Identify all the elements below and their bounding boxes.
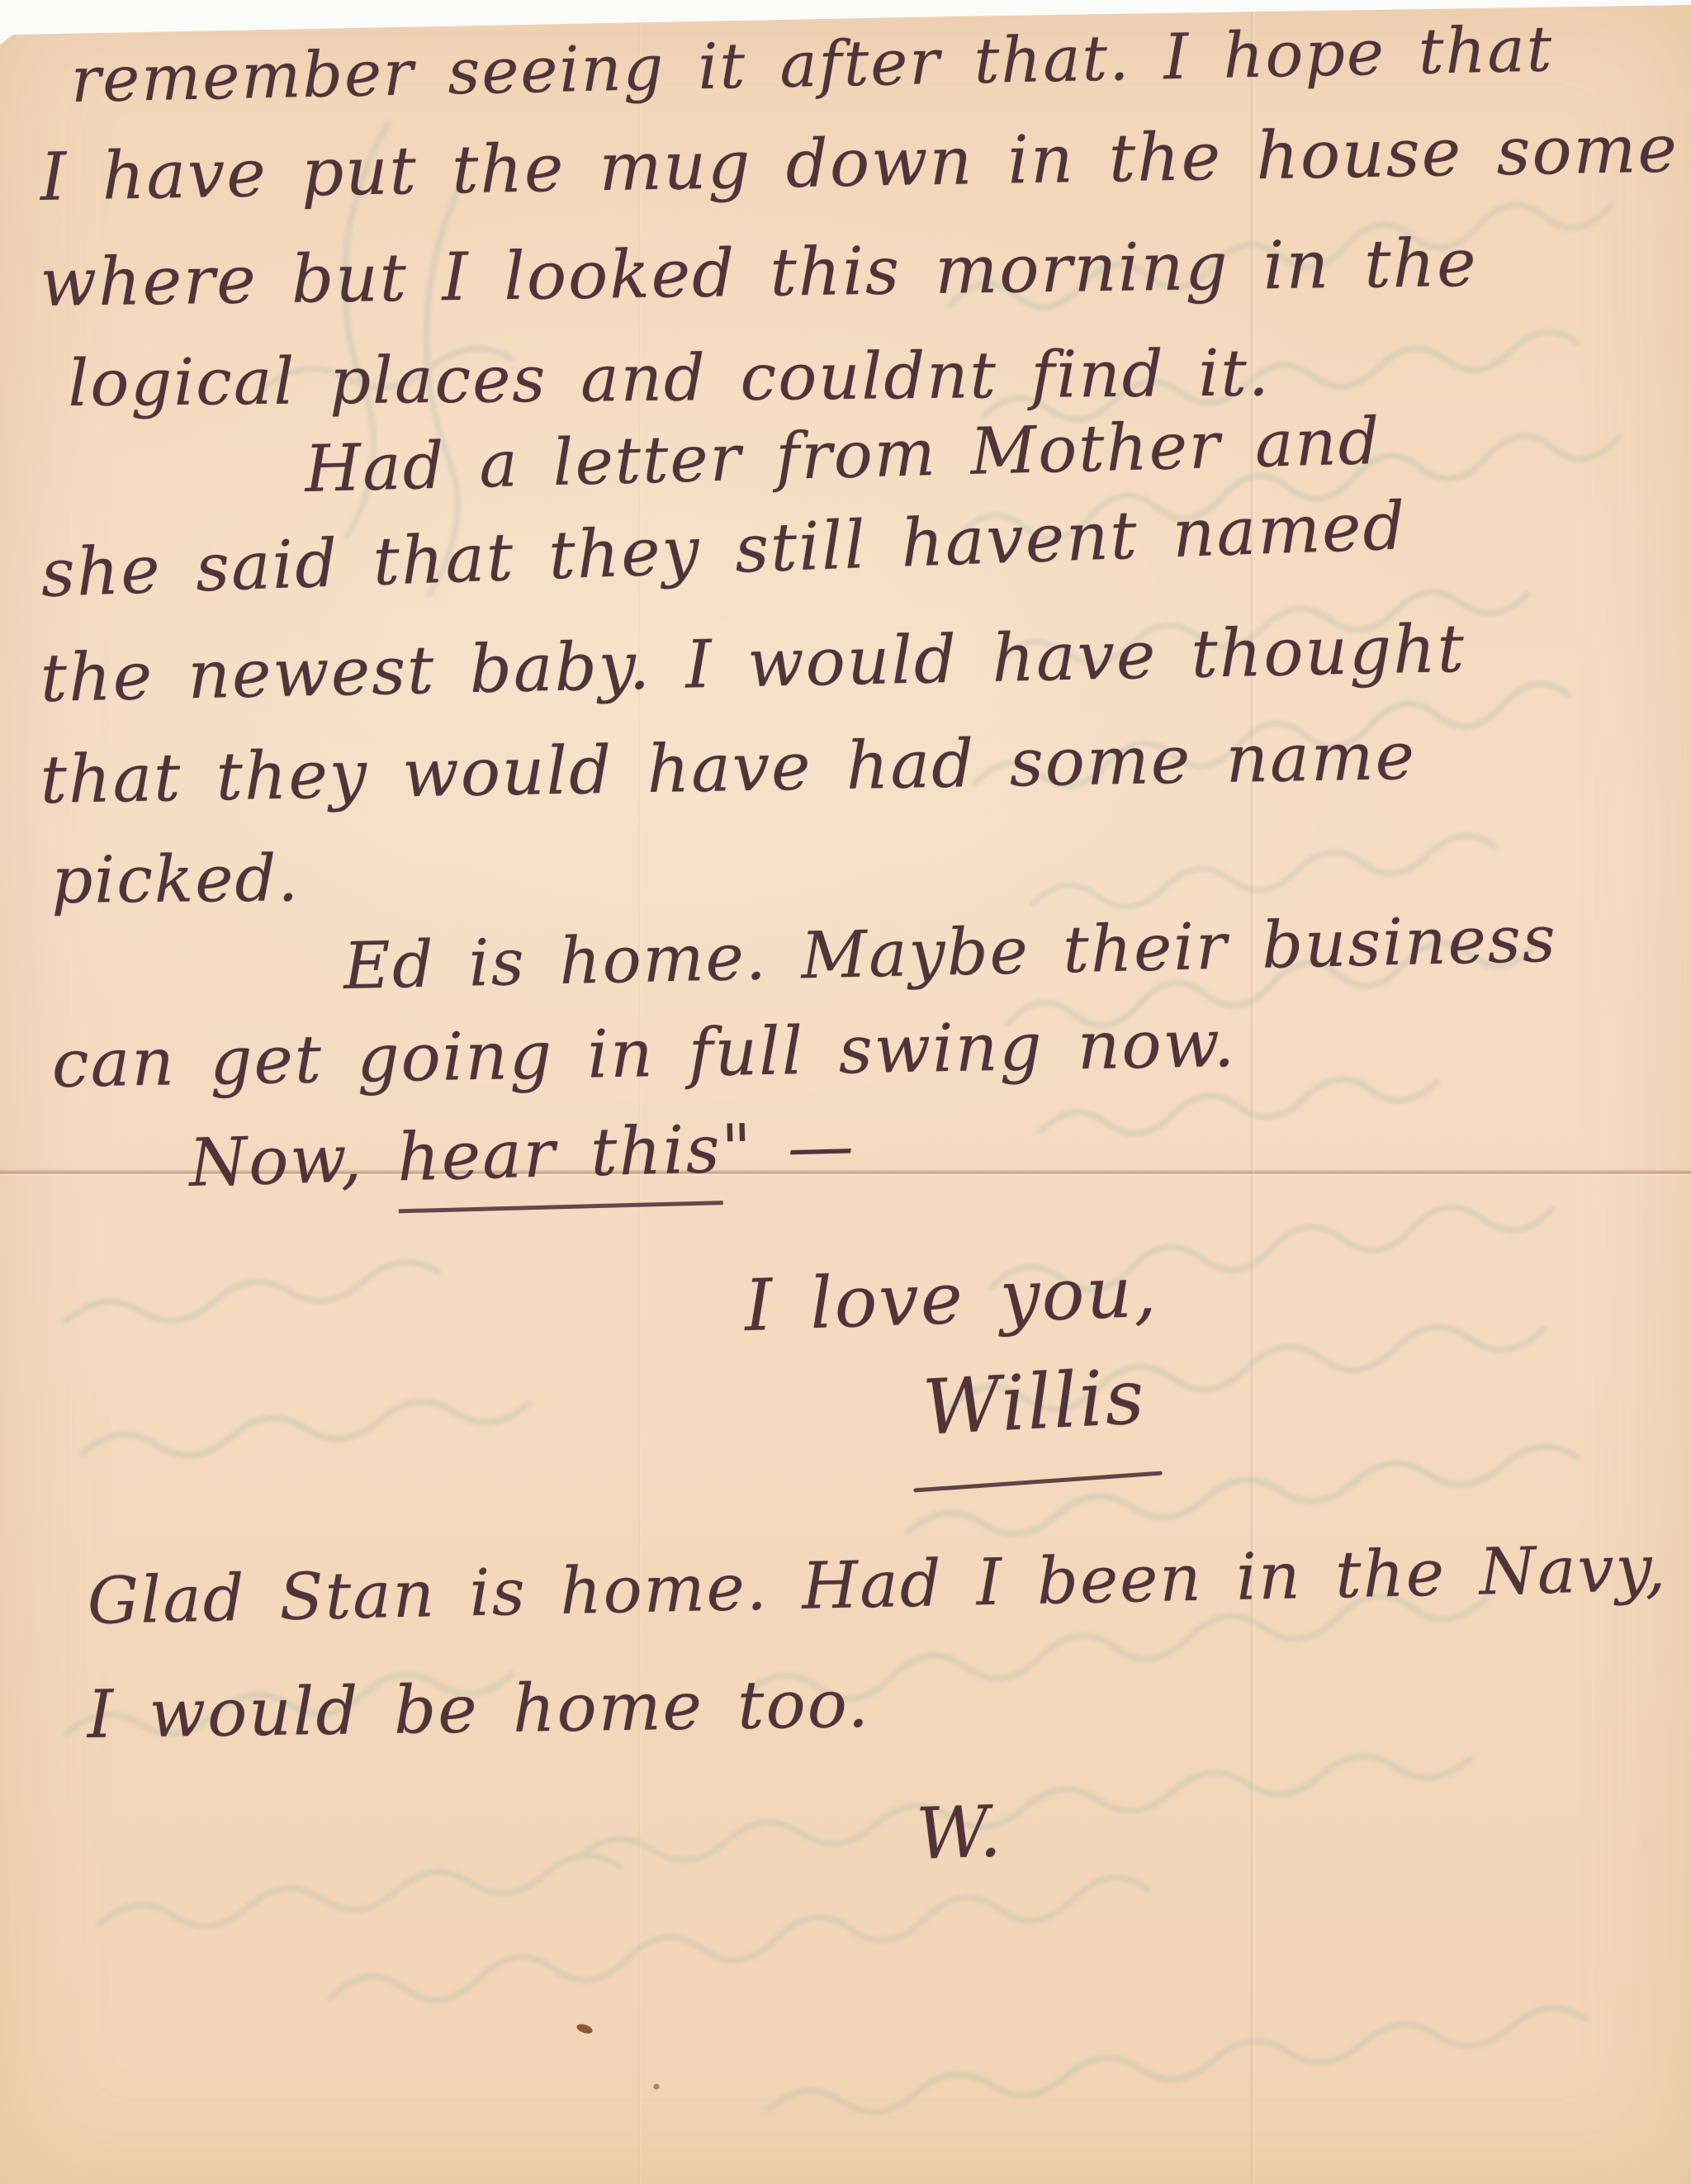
letter-line-7: the newest baby. I would have thought <box>40 610 1466 717</box>
letter-line-1: remember seeing it after that. I hope th… <box>70 12 1554 116</box>
letter-line-6: she said that they still havent named <box>40 487 1408 612</box>
letter-line-3: where but I looked this morning in the <box>40 225 1478 321</box>
small-stain-dot <box>654 2084 660 2090</box>
ghost-stroke <box>66 1262 438 1321</box>
signature-underline <box>913 1471 1163 1492</box>
scanned-letter-page: { "document": { "kind": "handwritten-let… <box>0 0 1691 2184</box>
ghost-stroke <box>768 2008 1585 2112</box>
ghost-stroke <box>83 1401 528 1456</box>
postscript-initial: W. <box>915 1790 1004 1876</box>
letter-paper: remember seeing it after that. I hope th… <box>0 0 1691 2184</box>
letter-line-5: Had a letter from Mother and <box>304 405 1382 507</box>
signature: Willis <box>921 1353 1148 1452</box>
ghost-stroke <box>908 1447 1577 1534</box>
emphasis-line: Now, hear this" — <box>188 1107 856 1201</box>
vertical-fold-crease-right <box>1250 0 1255 2184</box>
letter-line-10: Ed is home. Maybe their business <box>343 902 1558 1004</box>
rust-stain <box>576 2022 594 2035</box>
ghost-stroke <box>99 1855 619 1926</box>
emphasis-underlined: hear this <box>396 1111 722 1213</box>
ghost-stroke <box>1032 836 1494 907</box>
letter-line-4: logical places and couldnt find it. <box>68 336 1271 421</box>
emphasis-suffix: " — <box>720 1107 856 1187</box>
emphasis-prefix: Now, <box>188 1119 398 1201</box>
letter-line-2: I have put the mug down in the house som… <box>40 110 1679 216</box>
ghost-stroke <box>1040 1079 1437 1134</box>
letter-line-8: that they would have had some name <box>40 718 1417 818</box>
valediction: I love you, <box>743 1251 1159 1348</box>
ghost-stroke <box>330 1878 1148 2000</box>
postscript-line-2: I would be home too. <box>87 1665 870 1753</box>
letter-line-9: picked. <box>51 841 300 918</box>
letter-line-11: can get going in full swing now. <box>51 1005 1237 1102</box>
postscript-line-1: Glad Stan is home. Had I been in the Nav… <box>87 1532 1668 1639</box>
ghost-stroke <box>578 1756 1470 1860</box>
